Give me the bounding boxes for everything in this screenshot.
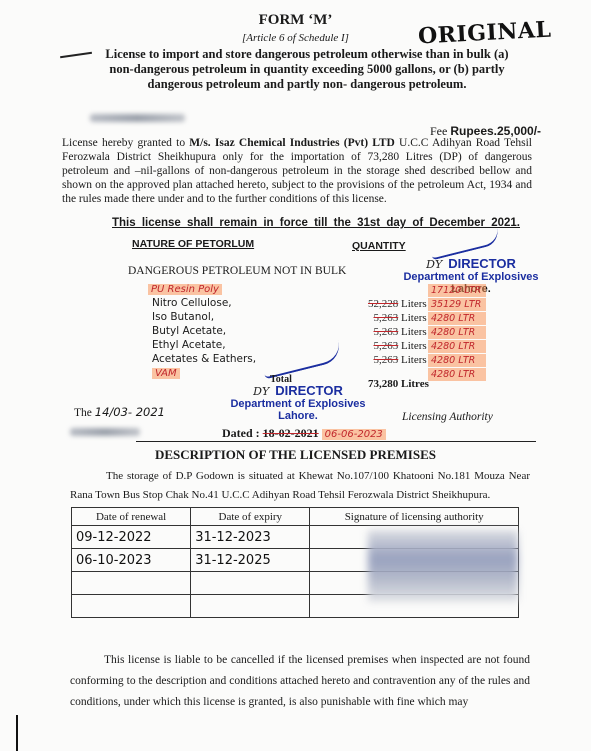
col-renewal: Date of renewal <box>72 508 191 526</box>
table-cell <box>72 572 191 595</box>
table-cell: 09-12-2022 <box>72 526 191 549</box>
director-stamp: DYDIRECTOR Department of Explosives Laho… <box>228 385 368 422</box>
handwritten-qty: 17120 LTR <box>428 284 486 297</box>
handwritten-qty: 4280 LTR <box>428 354 486 367</box>
table-cell <box>191 572 310 595</box>
dated-label: Dated : <box>222 426 260 440</box>
list-item: Iso Butanol, <box>152 310 256 324</box>
col-expiry: Date of expiry <box>191 508 310 526</box>
file-number-redacted <box>70 428 140 436</box>
printed-quantities: 52,228 Liters5,263 Liters5,263 Liters5,2… <box>368 297 427 367</box>
premises-heading: DESCRIPTION OF THE LICENSED PREMISES <box>0 447 591 463</box>
grant-prefix: License hereby granted to <box>62 137 189 149</box>
table-cell: 31-12-2023 <box>191 526 310 549</box>
issue-date-line: The 14/03- 2021 <box>74 405 165 419</box>
handwritten-qty: 35129 LTR <box>428 298 486 311</box>
handwritten-quantities: 17120 LTR35129 LTR4280 LTR4280 LTR4280 L… <box>428 284 486 382</box>
table-cell: 06-10-2023 <box>72 549 191 572</box>
license-intro: License to import and store dangerous pe… <box>92 47 522 92</box>
handwritten-qty: 4280 LTR <box>428 326 486 339</box>
original-stamp: ORIGINAL <box>417 17 552 50</box>
dated-new: 06-06-2023 <box>322 429 386 440</box>
stamp-dept: Department of Explosives <box>396 271 546 283</box>
item-list: PU Resin PolyNitro Cellulose,Iso Butanol… <box>152 282 256 380</box>
stamp-title: DIRECTOR <box>448 256 516 271</box>
cancellation-clause: This license is liable to be cancelled i… <box>70 650 530 713</box>
quantity-heading: QUANTITY <box>352 240 406 252</box>
premises-description: The storage of D.P Godown is situated at… <box>70 467 530 505</box>
company-name: M/s. Isaz Chemical Industries (Pvt) LTD <box>189 137 395 149</box>
list-item: PU Resin Poly <box>148 282 256 296</box>
stamp-city: Lahore. <box>228 410 368 422</box>
stamp-dy: DY <box>253 385 269 398</box>
handwritten-qty: 4280 LTR <box>428 312 486 325</box>
divider <box>136 441 536 442</box>
handwritten-qty: 4280 LTR <box>428 340 486 353</box>
nature-heading: NATURE OF PETORLUM <box>132 238 254 250</box>
license-number-redacted <box>90 114 185 122</box>
printed-qty: 5,263 Liters <box>368 339 427 353</box>
grant-paragraph: License hereby granted to M/s. Isaz Chem… <box>62 136 532 206</box>
handwritten-qty: 4280 LTR <box>428 368 486 381</box>
printed-qty: 52,228 Liters <box>368 297 427 311</box>
table-cell <box>191 595 310 618</box>
printed-qty: 5,263 Liters <box>368 311 427 325</box>
list-item: Nitro Cellulose, <box>152 296 256 310</box>
list-item: Acetates & Eathers, <box>152 352 256 366</box>
stamp-title: DIRECTOR <box>275 383 343 398</box>
licensing-authority-label: Licensing Authority <box>402 411 493 423</box>
list-item: Ethyl Acetate, <box>152 338 256 352</box>
signature-redacted <box>368 530 518 602</box>
stamp-dy: DY <box>426 258 442 271</box>
validity-statement: This license shall remain in force till … <box>112 217 520 229</box>
table-cell <box>72 595 191 618</box>
page-edge-mark <box>16 715 18 751</box>
category-label: DANGEROUS PETROLEUM NOT IN BULK <box>128 265 346 277</box>
pen-mark <box>60 52 92 58</box>
issue-date: 14/03- 2021 <box>95 405 165 419</box>
table-cell: 31-12-2025 <box>191 549 310 572</box>
col-signature: Signature of licensing authority <box>310 508 519 526</box>
list-item: VAM <box>152 366 256 380</box>
dated-old: 18-02-2021 <box>263 426 319 440</box>
total-value: 73,280 Litres <box>368 378 429 390</box>
printed-qty: 5,263 Liters <box>368 353 427 367</box>
printed-qty: 5,263 Liters <box>368 325 427 339</box>
list-item: Butyl Acetate, <box>152 324 256 338</box>
the-label: The <box>74 407 92 419</box>
dated-line: Dated : 18-02-2021 06-06-2023 <box>222 426 386 441</box>
stamp-dept: Department of Explosives <box>228 398 368 410</box>
